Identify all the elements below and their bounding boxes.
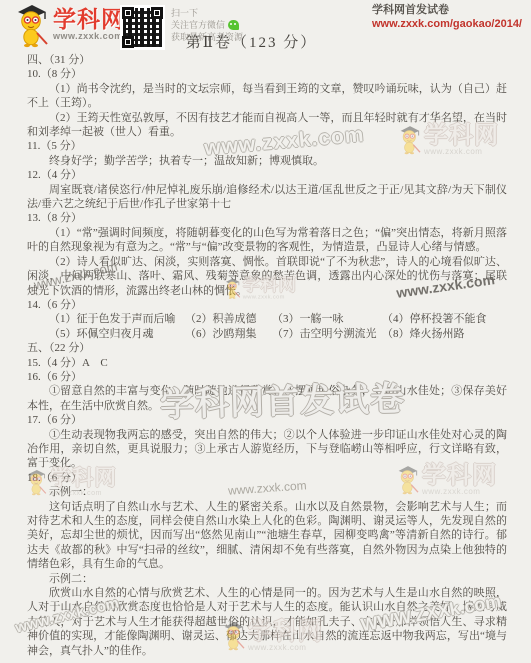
answer-line: ①留意自然的丰富与变化，随时随地进行欣赏；②摆脱世俗杂务，寻访山水佳处；③保存美… (27, 384, 507, 413)
recitation-cell: （7）击空明兮溯流光 (272, 327, 382, 341)
recitation-cell: （6）沙鸥翔集 (185, 327, 272, 341)
exam-section-title: 第Ⅱ卷（123 分） (0, 31, 517, 52)
answer-line: （1）尚书令沈约，是当时的文坛宗师，每当看到王筠的文章，赞叹吟诵玩味，认为（自己… (27, 82, 507, 111)
answer-line: 这句话点明了自然山水与艺术、人生的紧密关系。山水以及自然景物，会影响艺术与人生；… (27, 500, 507, 572)
answer-line: ①生动表现物我两忘的感受，突出自然的伟大；②以个人体验进一步印证山水佳处对心灵的… (27, 428, 507, 471)
answer-line: 17.（6 分） (27, 413, 507, 427)
answer-body: 四、（31 分） 10.（8 分） （1）尚书令沈约，是当时的文坛宗师，每当看到… (27, 53, 507, 658)
answer-line: 示例一： (27, 485, 507, 499)
answer-line: 周室既衰/诸侯恣行/仲尼悼礼废乐崩/追修经术/以达王道/匡乱世反之于正/见其文辞… (27, 183, 507, 212)
answer-line: 欣赏山水自然的心情与欣赏艺术、人生的心情是同一的。因为艺术与人生是山水自然的映照… (27, 586, 507, 658)
brand-name: 学科网 (53, 7, 125, 31)
recitation-cell: （8）烽火扬州路 (382, 327, 465, 341)
answer-line: 示例二： (27, 572, 507, 586)
recitation-cell: （1）征于色发于声而后喻 (49, 312, 185, 326)
answer-line: 四、（31 分） (27, 53, 507, 67)
recitation-cell: （5）环佩空归夜月魂 (49, 327, 185, 341)
recitation-row: （5）环佩空归夜月魂 （6）沙鸥翔集 （7）击空明兮溯流光 （8）烽火扬州路 (27, 327, 507, 341)
recitation-answers: （1）征于色发于声而后喻 （2）积善成德 （3）一觞一咏 （4）停杯投箸不能食 … (27, 312, 507, 341)
release-info: 学科网首发试卷 www.zxxk.com/gaokao/2014/ (372, 3, 522, 31)
qr-caption-line2: 关注官方微信 (171, 19, 225, 31)
answer-line: 11.（5 分） (27, 139, 507, 153)
answer-line: 13.（8 分） (27, 211, 507, 225)
wechat-icon (228, 20, 239, 30)
recitation-cell: （2）积善成德 (185, 312, 272, 326)
answer-line: 16.（6 分） (27, 370, 507, 384)
release-title: 学科网首发试卷 (372, 3, 522, 17)
answer-line: 14.（6 分） (27, 298, 507, 312)
answer-line: 12.（4 分） (27, 168, 507, 182)
answer-line: 18.（6 分） (27, 471, 507, 485)
recitation-row: （1）征于色发于声而后喻 （2）积善成德 （3）一觞一咏 （4）停杯投箸不能食 (27, 312, 507, 326)
scanned-answer-sheet: 学科网 www.zxxk.com 扫一下 关注官方微信 获取最新高考资源 学科网… (0, 0, 531, 663)
qr-caption-line1: 扫一下 (171, 7, 198, 19)
release-url: www.zxxk.com/gaokao/2014/ (372, 17, 522, 31)
recitation-cell: （4）停杯投箸不能食 (382, 312, 487, 326)
answer-line: 15.（4 分）A C (27, 356, 507, 370)
answer-line: （2）王筠天性宽弘敦厚，不因有技艺才能而自视高人一等，而且年轻时就有才华名望，在… (27, 111, 507, 140)
recitation-cell: （3）一觞一咏 (272, 312, 382, 326)
answer-line: （1）“常”强调时间频度，将随朝暮变化的山色写为常着落日之色；“偏”突出情态，将… (27, 226, 507, 255)
answer-line: （2）诗人看似旷达、闲淡，实则落寞、惆怅。首联即说“了不为秋悲”，诗人的心境看似… (27, 255, 507, 298)
answer-line: 五、（22 分） (27, 341, 507, 355)
answer-line: 10.（8 分） (27, 67, 507, 81)
answer-line: 终身好学；勤学苦学；执着专一；温故知新；博观慎取。 (27, 154, 507, 168)
